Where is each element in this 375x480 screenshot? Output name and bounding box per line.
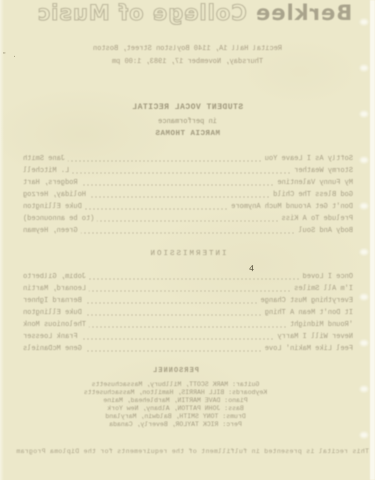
pencil-annotation: 4 bbox=[249, 264, 255, 273]
song-title: Feel Like Makin' Love bbox=[265, 345, 353, 353]
program-row: It Don't Mean A ThingDuke Ellington bbox=[23, 305, 353, 317]
intermission-heading: INTERMISSION bbox=[0, 250, 375, 258]
program-row: Prelude To A Kiss(to be announced) bbox=[23, 211, 353, 223]
song-credit: (to be announced) bbox=[23, 215, 94, 223]
punch-hole bbox=[360, 157, 368, 163]
college-logo: Berklee College of Music bbox=[14, 1, 375, 25]
dot-leader bbox=[89, 285, 291, 292]
song-credit: Gene McDaniels bbox=[23, 345, 82, 353]
dot-leader bbox=[89, 273, 300, 280]
program-row: Once I LovedJobim, Gilberto bbox=[23, 269, 353, 281]
song-credit: Leonard, Martin bbox=[23, 285, 86, 293]
program-row: I'm All SmilesLeonard, Martin bbox=[23, 281, 353, 293]
dot-leader bbox=[81, 333, 275, 340]
dot-leader bbox=[97, 215, 278, 222]
punch-hole bbox=[360, 294, 368, 300]
song-title: My Funny Valentine bbox=[277, 179, 353, 187]
personnel-line: Keyboards: BILL HARRIS, Hamilton, Massac… bbox=[0, 389, 363, 397]
program-row: 'Round MidnightThelonious Monk bbox=[23, 317, 353, 329]
dot-leader bbox=[72, 167, 291, 174]
dot-leader bbox=[81, 179, 275, 186]
logo-outline-text: College of Music bbox=[37, 1, 255, 25]
song-title: Don't Get Around Much Anymore bbox=[231, 203, 353, 211]
scanned-page: Berklee College of Music Recital Hall 1A… bbox=[0, 0, 375, 480]
song-credit: Jane Smith bbox=[23, 155, 65, 163]
punch-hole bbox=[360, 340, 368, 346]
dot-leader bbox=[85, 309, 262, 316]
song-credit: Duke Ellington bbox=[23, 203, 82, 211]
punch-hole bbox=[360, 65, 368, 71]
punch-hole bbox=[360, 432, 368, 438]
personnel-line: Drums: TONY SMITH, Baldwin, Maryland bbox=[0, 413, 363, 421]
recital-subtitle: in performance bbox=[0, 118, 375, 126]
song-credit: Rodgers, Hart bbox=[23, 179, 78, 187]
pencil-edge-mark: " . bbox=[2, 52, 18, 60]
song-credit: Frank Loesser bbox=[23, 333, 78, 341]
song-credit: L. Mitchell bbox=[23, 167, 69, 175]
program-row: Feel Like Makin' LoveGene McDaniels bbox=[23, 341, 353, 353]
personnel-block: PERSONNEL Guitar: MARK SCOTT, Millbury, … bbox=[0, 367, 363, 429]
logo-brand-text: Berklee bbox=[255, 1, 352, 25]
song-credit: Green, Heyman bbox=[23, 227, 78, 235]
punch-hole bbox=[360, 386, 368, 392]
punch-hole bbox=[360, 111, 368, 117]
program-row: Don't Get Around Much AnymoreDuke Elling… bbox=[23, 199, 353, 211]
bleed-through-layer: Berklee College of Music Recital Hall 1A… bbox=[0, 0, 375, 480]
song-title: It Don't Mean A Thing bbox=[265, 309, 353, 317]
performer-name: MARCIA THOMAS bbox=[0, 130, 375, 138]
personnel-line: Piano: DAVE MARTIN, Marblehead, Maine bbox=[0, 397, 363, 405]
song-credit: Holiday, Herzog bbox=[23, 191, 86, 199]
dot-leader bbox=[81, 227, 296, 234]
program-row: Everything Must ChangeBernard Ighner bbox=[23, 293, 353, 305]
song-title: Prelude To A Kiss bbox=[282, 215, 353, 223]
program-row: Body And SoulGreen, Heyman bbox=[23, 223, 353, 235]
song-title: Softly As I Leave You bbox=[265, 155, 353, 163]
program-list-2: Once I LovedJobim, Gilberto I'm All Smil… bbox=[23, 269, 353, 353]
dot-leader bbox=[85, 297, 258, 304]
personnel-line: Guitar: MARK SCOTT, Millbury, Massachuse… bbox=[0, 381, 363, 389]
program-row: My Funny ValentineRodgers, Hart bbox=[23, 175, 353, 187]
title-block: STUDENT VOCAL RECITAL in performance MAR… bbox=[0, 103, 375, 138]
footer-note: This recital is presented in fulfillment… bbox=[5, 448, 375, 455]
page-right-edge bbox=[370, 0, 375, 480]
song-title: Everything Must Change bbox=[261, 297, 353, 305]
dot-leader bbox=[85, 345, 262, 352]
program-row: Never Will I MarryFrank Loesser bbox=[23, 329, 353, 341]
program-row: Stormy WeatherL. Mitchell bbox=[23, 163, 353, 175]
venue-datetime: Thursday, November 17, 1983, 1:00 pm bbox=[0, 56, 375, 69]
personnel-line: Bass: JOHN PATTON, Albany, New York bbox=[0, 405, 363, 413]
dot-leader bbox=[89, 191, 270, 198]
program-row: God Bless The ChildHoliday, Herzog bbox=[23, 187, 353, 199]
song-title: 'Round Midnight bbox=[290, 321, 353, 329]
dot-leader bbox=[68, 155, 262, 162]
dot-leader bbox=[89, 321, 287, 328]
recital-title: STUDENT VOCAL RECITAL bbox=[0, 103, 375, 112]
song-title: Stormy Weather bbox=[294, 167, 353, 175]
personnel-heading: PERSONNEL bbox=[0, 367, 363, 375]
program-list-1: Softly As I Leave YouJane Smith Stormy W… bbox=[23, 151, 353, 235]
song-title: Body And Soul bbox=[298, 227, 353, 235]
venue-address: Recital Hall 1A, 1140 Boylston Street, B… bbox=[0, 43, 375, 56]
venue-block: Recital Hall 1A, 1140 Boylston Street, B… bbox=[0, 43, 375, 69]
dot-leader bbox=[85, 203, 228, 210]
song-credit: Jobim, Gilberto bbox=[23, 273, 86, 281]
song-credit: Bernard Ighner bbox=[23, 297, 82, 305]
song-title: Never Will I Marry bbox=[277, 333, 353, 341]
page-left-edge bbox=[0, 0, 4, 480]
song-credit: Thelonious Monk bbox=[23, 321, 86, 329]
song-title: Once I Loved bbox=[303, 273, 353, 281]
punch-hole bbox=[360, 203, 368, 209]
program-row: Softly As I Leave YouJane Smith bbox=[23, 151, 353, 163]
personnel-line: Perc: RICK TAYLOR, Beverly, Canada bbox=[0, 421, 363, 429]
song-title: I'm All Smiles bbox=[294, 285, 353, 293]
song-credit: Duke Ellington bbox=[23, 309, 82, 317]
punch-hole bbox=[360, 249, 368, 255]
punch-hole bbox=[360, 19, 368, 25]
song-title: God Bless The Child bbox=[273, 191, 353, 199]
